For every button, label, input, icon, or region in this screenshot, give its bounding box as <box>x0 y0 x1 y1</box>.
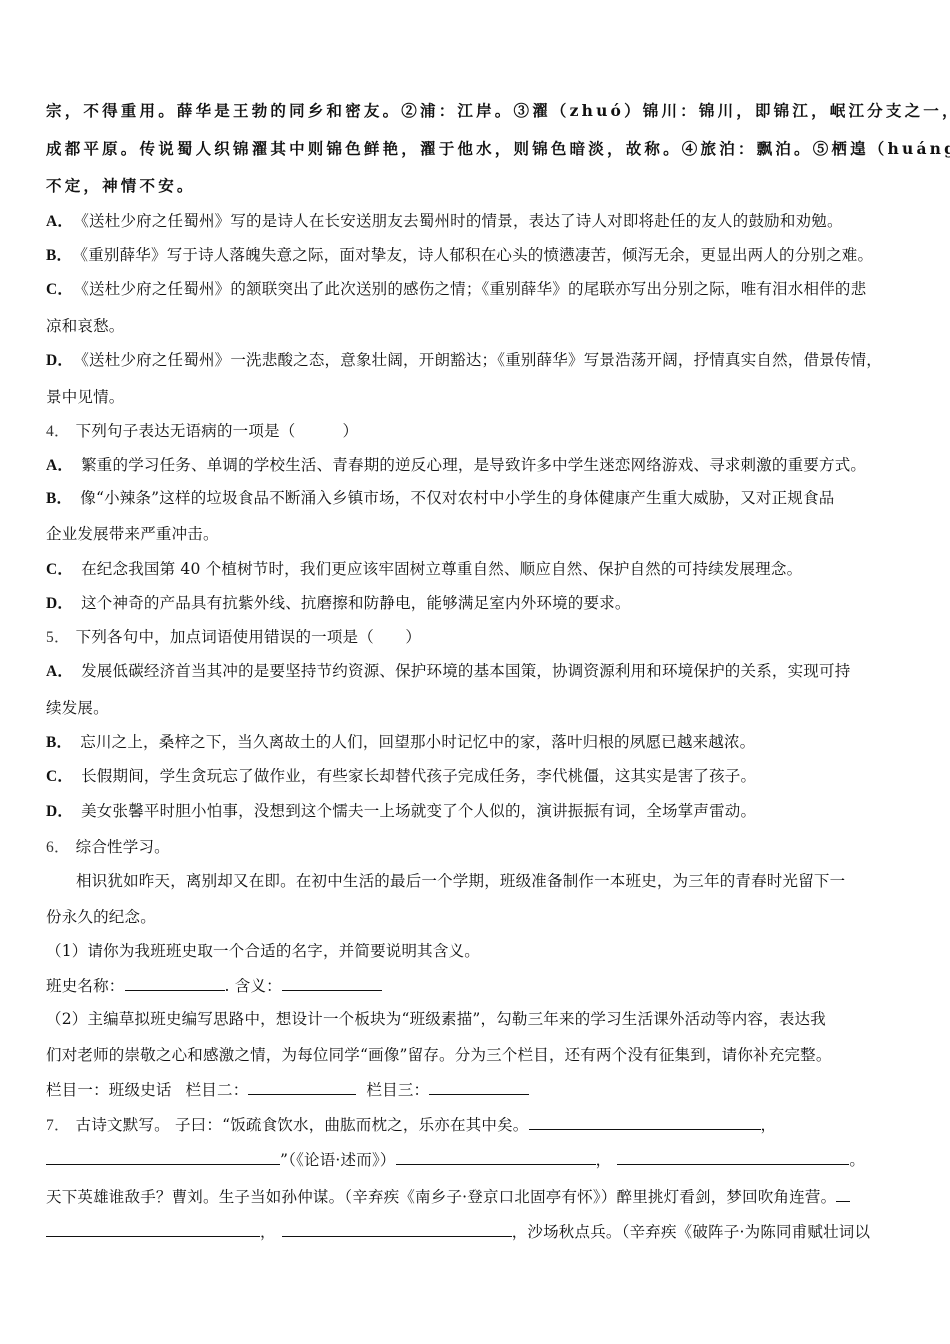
answer-blank[interactable] <box>617 1148 849 1165</box>
option-label: B． <box>46 734 72 751</box>
option-label: C． <box>46 768 73 785</box>
option-label: A． <box>46 663 73 680</box>
answer-blank[interactable] <box>396 1148 596 1165</box>
option-text: 《送杜少府之任蜀州》的颔联突出了此次送别的感伤之情；《重别薛华》的尾联亦写出分别… <box>81 280 866 298</box>
q6-columns: 栏目一：班级史话栏目二：栏目三： <box>46 1078 910 1101</box>
question-number: 7． <box>46 1117 70 1134</box>
q3-option-c: C．《送杜少府之任蜀州》的颔联突出了此次送别的感伤之情；《重别薛华》的尾联亦写出… <box>46 278 910 301</box>
source-citation: ”（《论语·述而》） <box>280 1151 396 1169</box>
answer-blank[interactable] <box>46 1220 260 1237</box>
q6-part2: （2）主编草拟班史编写思路中，想设计一个板块为“班级素描”，勾勒三年来的学习生活… <box>46 1008 910 1030</box>
option-label: D． <box>46 595 73 612</box>
question-text: 下列各句中，加点词语使用错误的一项是（ ） <box>76 628 421 646</box>
option-text: 像“小辣条”这样的垃圾食品不断涌入乡镇市场，不仅对农村中小学生的身体健康产生重大… <box>80 489 834 507</box>
q4-option-a: A．繁重的学习任务、单调的学校生活、青春期的逆反心理，是导致许多中学生迷恋网络游… <box>46 454 910 477</box>
option-label: A． <box>46 457 73 474</box>
document-page: 宗，不得重用。薛华是王勃的同乡和密友。②浦：江岸。③濯（zhuó）锦川：锦川，即… <box>0 0 950 1344</box>
q7-line2: ”（《论语·述而》），。 <box>46 1148 910 1171</box>
question-text: 古诗文默写。 子曰：“饭疏食饮水，曲肱而枕之，乐亦在其中矣。 <box>76 1116 529 1134</box>
q7-line1: 7．古诗文默写。 子曰：“饭疏食饮水，曲肱而枕之，乐亦在其中矣。， <box>46 1113 910 1137</box>
punctuation: ， <box>761 1116 777 1134</box>
q4-option-d: D．这个神奇的产品具有抗紫外线、抗磨擦和防静电，能够满足室内外环境的要求。 <box>46 592 910 615</box>
column-two-label: 栏目二： <box>186 1081 249 1099</box>
q4-stem: 4．下列句子表达无语病的一项是（ ） <box>46 420 910 443</box>
q3-option-d-cont: 景中见情。 <box>46 386 910 408</box>
q6-part1-answer: 班史名称：. 含义： <box>46 974 910 997</box>
answer-blank[interactable] <box>282 1220 512 1237</box>
option-text: 《重别薛华》写于诗人落魄失意之际，面对挚友，诗人郁积在心头的愤懑凄苦，倾泻无余，… <box>80 246 873 264</box>
annotation-line: 成都平原。传说蜀人织锦濯其中则锦色鲜艳，濯于他水，则锦色暗淡，故称。④旅泊：飘泊… <box>46 138 910 160</box>
poem-text: ，沙场秋点兵。（辛弃疾《破阵子·为陈同甫赋壮词以 <box>512 1223 870 1241</box>
answer-blank[interactable] <box>529 1113 761 1130</box>
option-text: 忘川之上，桑梓之下，当久离故土的人们，回望那小时记忆中的家，落叶归根的夙愿已越来… <box>80 733 755 751</box>
q6-intro-cont: 份永久的纪念。 <box>46 906 910 928</box>
annotation-line: 不定，神情不安。 <box>46 175 910 197</box>
class-history-name-label: 班史名称： <box>46 977 125 995</box>
option-text: 繁重的学习任务、单调的学校生活、青春期的逆反心理，是导致许多中学生迷恋网络游戏、… <box>81 456 866 474</box>
q5-stem: 5．下列各句中，加点词语使用错误的一项是（ ） <box>46 626 910 649</box>
answer-blank[interactable] <box>836 1185 850 1202</box>
q7-line4: ，，沙场秋点兵。（辛弃疾《破阵子·为陈同甫赋壮词以 <box>46 1220 910 1243</box>
punctuation: ， <box>260 1223 276 1241</box>
q7-line3: 天下英雄谁敌手？曹刘。生子当如孙仲谋。（辛弃疾《南乡子·登京口北固亭有怀》）醉里… <box>46 1185 910 1208</box>
q3-option-c-cont: 凉和哀愁。 <box>46 315 910 337</box>
q5-option-c: C．长假期间，学生贪玩忘了做作业，有些家长却替代孩子完成任务，李代桃僵，这其实是… <box>46 765 910 788</box>
option-text: 在纪念我国第 40 个植树节时，我们更应该牢固树立尊重自然、顺应自然、保护自然的… <box>81 560 802 578</box>
q5-option-a-cont: 续发展。 <box>46 697 910 719</box>
option-label: D． <box>46 803 73 820</box>
q5-option-d: D．美女张馨平时胆小怕事，没想到这个懦夫一上场就变了个人似的，演讲振振有词，全场… <box>46 800 910 823</box>
punctuation: 。 <box>849 1151 865 1169</box>
q4-option-c: C．在纪念我国第 40 个植树节时，我们更应该牢固树立尊重自然、顺应自然、保护自… <box>46 558 910 581</box>
q4-option-b: B．像“小辣条”这样的垃圾食品不断涌入乡镇市场，不仅对农村中小学生的身体健康产生… <box>46 487 910 510</box>
q6-intro: 相识犹如昨天，离别却又在即。在初中生活的最后一个学期，班级准备制作一本班史，为三… <box>46 870 910 892</box>
q4-option-b-cont: 企业发展带来严重冲击。 <box>46 523 910 545</box>
answer-blank[interactable] <box>46 1148 280 1165</box>
option-text: 美女张馨平时胆小怕事，没想到这个懦夫一上场就变了个人似的，演讲振振有词，全场掌声… <box>81 802 756 820</box>
punctuation: ， <box>596 1151 612 1169</box>
option-label: C． <box>46 281 73 298</box>
q6-stem: 6．综合性学习。 <box>46 836 910 859</box>
column-three-blank[interactable] <box>429 1078 529 1095</box>
option-label: B． <box>46 247 72 264</box>
class-history-name-blank[interactable] <box>125 974 225 991</box>
option-text: 发展低碳经济首当其冲的是要坚持节约资源、保护环境的基本国策，协调资源利用和环境保… <box>81 662 850 680</box>
option-label: C． <box>46 561 73 578</box>
q3-option-a: A．《送杜少府之任蜀州》写的是诗人在长安送朋友去蜀州时的情景，表达了诗人对即将赴… <box>46 210 910 233</box>
column-two-blank[interactable] <box>248 1078 356 1095</box>
option-text: 这个神奇的产品具有抗紫外线、抗磨擦和防静电，能够满足室内外环境的要求。 <box>81 594 631 612</box>
option-label: D． <box>46 352 73 369</box>
column-one: 栏目一：班级史话 <box>46 1081 172 1099</box>
column-three-label: 栏目三： <box>366 1081 429 1099</box>
option-label: A． <box>46 213 73 230</box>
question-number: 5． <box>46 629 70 646</box>
question-text: 下列句子表达无语病的一项是（ ） <box>76 422 359 440</box>
q6-part2-cont: 们对老师的崇敬之心和感激之情，为每位同学“画像”留存。分为三个栏目，还有两个没有… <box>46 1044 910 1066</box>
q5-option-a: A．发展低碳经济首当其冲的是要坚持节约资源、保护环境的基本国策，协调资源利用和环… <box>46 660 910 683</box>
option-label: B． <box>46 490 72 507</box>
question-number: 4． <box>46 423 70 440</box>
q3-option-b: B．《重别薛华》写于诗人落魄失意之际，面对挚友，诗人郁积在心头的愤懑凄苦，倾泻无… <box>46 244 910 267</box>
option-text: 《送杜少府之任蜀州》写的是诗人在长安送朋友去蜀州时的情景，表达了诗人对即将赴任的… <box>81 212 843 230</box>
option-text: 《送杜少府之任蜀州》一洗悲酸之态，意象壮阔，开朗豁达；《重别薛华》写景浩荡开阔，… <box>81 351 882 369</box>
question-text: 综合性学习。 <box>76 838 170 856</box>
meaning-label: . 含义： <box>225 977 282 995</box>
option-text: 长假期间，学生贪玩忘了做作业，有些家长却替代孩子完成任务，李代桃僵，这其实是害了… <box>81 767 756 785</box>
meaning-blank[interactable] <box>282 974 382 991</box>
poem-text: 天下英雄谁敌手？曹刘。生子当如孙仲谋。（辛弃疾《南乡子·登京口北固亭有怀》）醉里… <box>46 1188 836 1206</box>
q6-part1: （1）请你为我班班史取一个合适的名字，并简要说明其含义。 <box>46 940 910 962</box>
question-number: 6． <box>46 839 70 856</box>
annotation-line: 宗，不得重用。薛华是王勃的同乡和密友。②浦：江岸。③濯（zhuó）锦川：锦川，即… <box>46 100 910 122</box>
q5-option-b: B．忘川之上，桑梓之下，当久离故土的人们，回望那小时记忆中的家，落叶归根的夙愿已… <box>46 731 910 754</box>
q3-option-d: D．《送杜少府之任蜀州》一洗悲酸之态，意象壮阔，开朗豁达；《重别薛华》写景浩荡开… <box>46 349 910 372</box>
